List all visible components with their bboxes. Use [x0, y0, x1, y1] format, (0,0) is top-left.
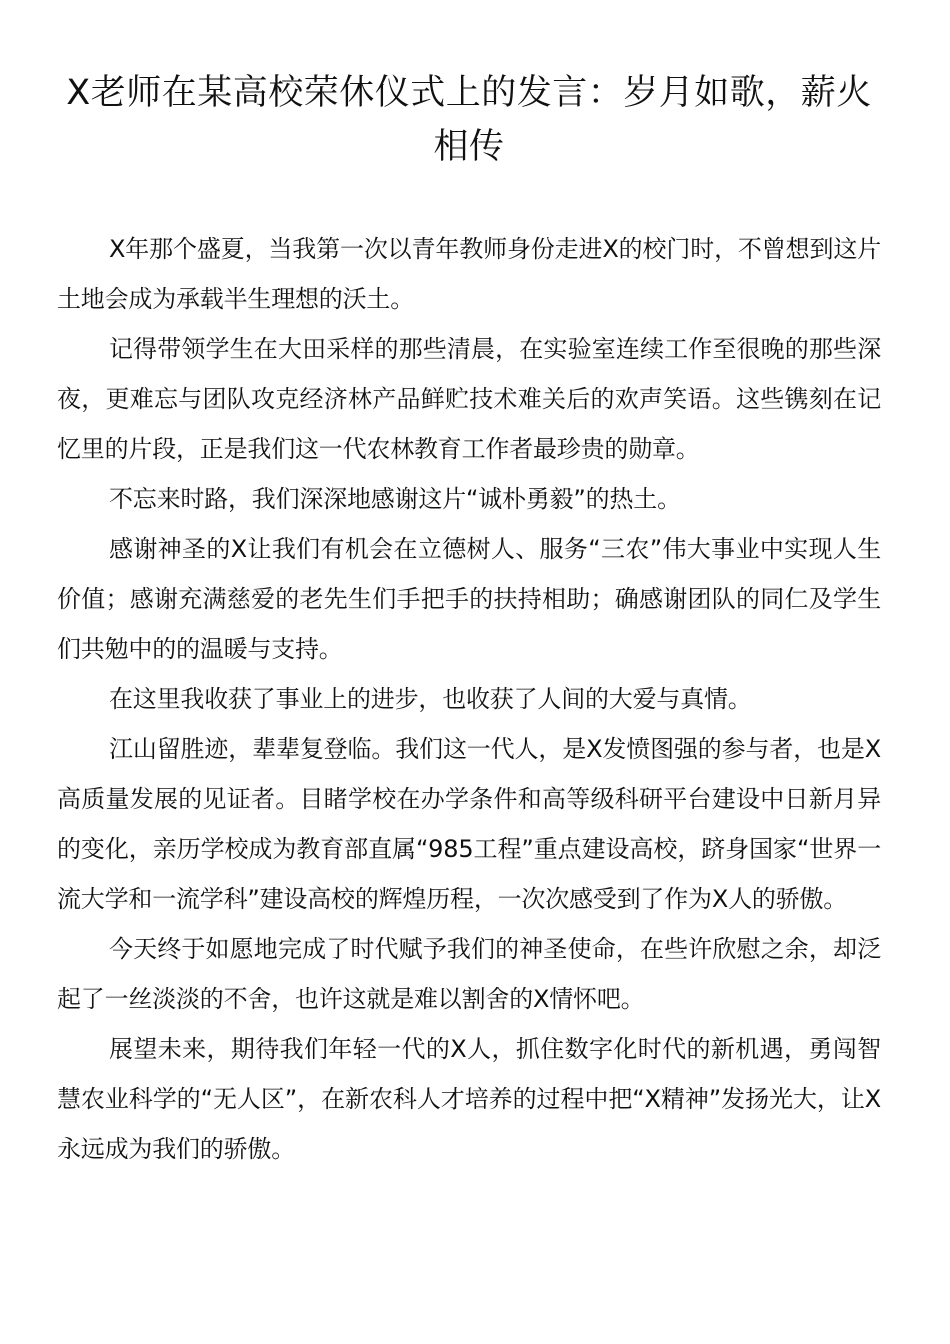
- paragraph: 记得带领学生在大田采样的那些清晨，在实验室连续工作至很晚的那些深夜，更难忘与团队…: [57, 324, 881, 474]
- paragraph: X年那个盛夏，当我第一次以青年教师身份走进X的校门时，不曾想到这片土地会成为承载…: [57, 224, 881, 324]
- document-body: X年那个盛夏，当我第一次以青年教师身份走进X的校门时，不曾想到这片土地会成为承载…: [57, 224, 881, 1174]
- paragraph: 感谢神圣的X让我们有机会在立德树人、服务“三农”伟大事业中实现人生价值；感谢充满…: [57, 524, 881, 674]
- paragraph: 不忘来时路，我们深深地感谢这片“诚朴勇毅”的热土。: [57, 474, 881, 524]
- paragraph: 江山留胜迹，辈辈复登临。我们这一代人，是X发愤图强的参与者，也是X高质量发展的见…: [57, 724, 881, 924]
- paragraph: 在这里我收获了事业上的进步，也收获了人间的大爱与真情。: [57, 674, 881, 724]
- paragraph: 今天终于如愿地完成了时代赋予我们的神圣使命，在些许欣慰之余，却泛起了一丝淡淡的不…: [57, 924, 881, 1024]
- paragraph: 展望未来，期待我们年轻一代的X人，抓住数字化时代的新机遇，勇闯智慧农业科学的“无…: [57, 1024, 881, 1174]
- document-title: X老师在某高校荣休仪式上的发言：岁月如歌，薪火相传: [57, 66, 881, 174]
- document-page: X老师在某高校荣休仪式上的发言：岁月如歌，薪火相传 X年那个盛夏，当我第一次以青…: [57, 66, 881, 1174]
